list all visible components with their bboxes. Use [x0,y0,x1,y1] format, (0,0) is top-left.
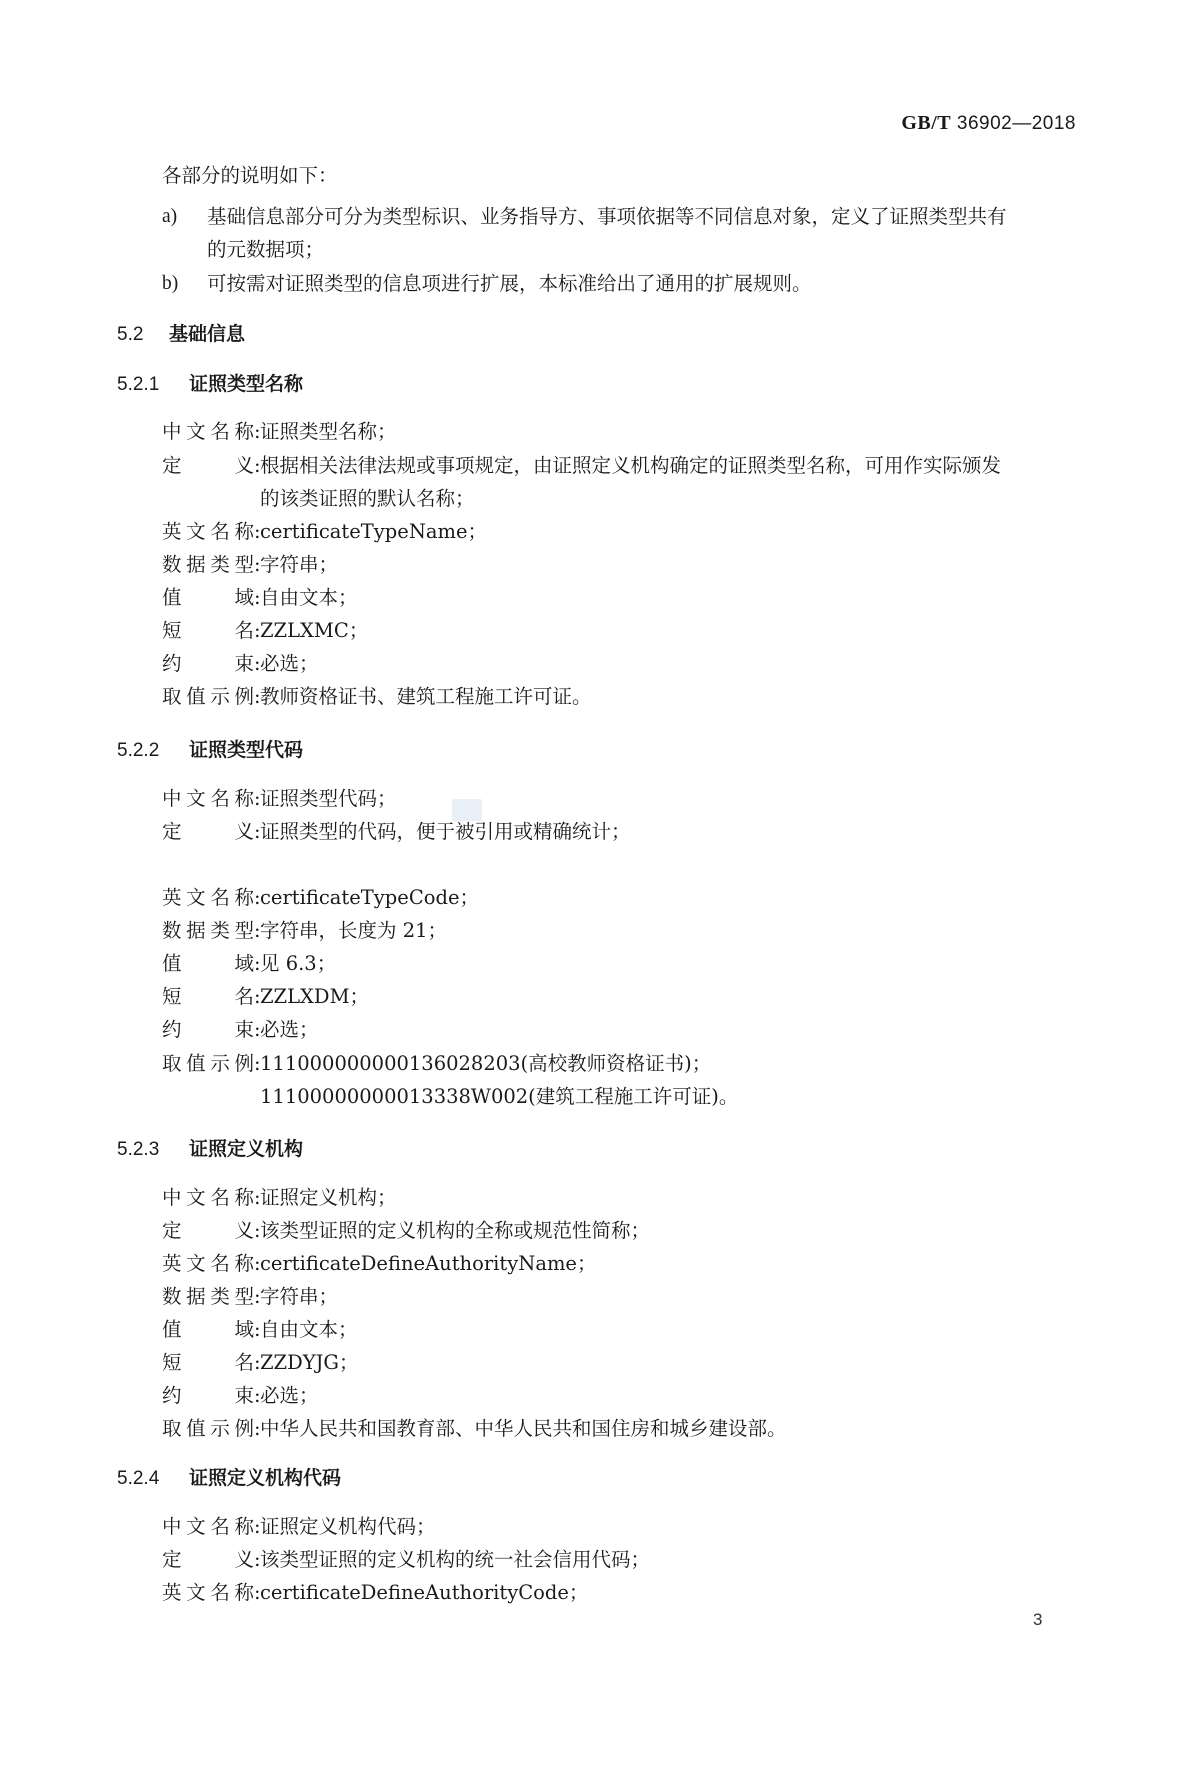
field-value: certificateDefineAuthorityCode； [260,1581,588,1604]
field-value: ZZDYJG； [260,1351,359,1374]
subsection-number: 5.2.2 [117,739,189,763]
field-value: certificateTypeCode； [260,886,479,909]
list-marker-a: a) [162,205,177,229]
field-value: 证照类型代码； [260,787,397,810]
subsection-title: 证照定义机构 [189,1138,303,1160]
section-number: 5.2 [117,323,169,347]
standard-prefix: GB/T [901,112,951,134]
field-chinese-name: 中文名称:证照定义机构； [162,1186,397,1210]
field-data-type: 数据类型:字符串； [162,1285,338,1309]
field-definition: 定义:证照类型的代码，便于被引用或精确统计； [162,820,631,844]
field-constraint: 约束:必选； [162,1384,319,1408]
field-value: 中华人民共和国教育部、中华人民共和国住房和城乡建设部。 [260,1417,787,1440]
field-value-domain: 值域:自由文本； [162,1318,358,1342]
field-example: 取值示例:中华人民共和国教育部、中华人民共和国住房和城乡建设部。 [162,1417,787,1441]
field-value: ZZLXMC； [260,619,368,642]
document-page: GB/T 36902—2018 各部分的说明如下： a) 基础信息部分可分为类型… [0,0,1181,1772]
field-value: 字符串； [260,553,338,576]
subsection-heading: 5.2.2证照类型代码 [117,738,303,763]
field-data-type: 数据类型:字符串，长度为 21； [162,919,447,943]
list-item-b-line1: 可按需对证照类型的信息项进行扩展，本标准给出了通用的扩展规则。 [207,272,812,296]
subsection-heading: 5.2.3证照定义机构 [117,1137,303,1162]
field-value: 必选； [260,1018,319,1041]
field-data-type: 数据类型:字符串； [162,553,338,577]
field-value: 见 6.3； [260,952,336,975]
subsection-number: 5.2.4 [117,1467,189,1491]
watermark-logo [452,799,482,821]
field-value: 111000000000136028203(高校教师资格证书)； [260,1052,711,1075]
field-value: 证照类型的代码，便于被引用或精确统计； [260,820,631,843]
field-value: 必选； [260,652,319,675]
subsection-number: 5.2.3 [117,1138,189,1162]
field-value-domain: 值域:自由文本； [162,586,358,610]
field-value: certificateTypeName； [260,520,487,543]
subsection-title: 证照类型名称 [189,373,303,395]
field-value: 该类型证照的定义机构的统一社会信用代码； [260,1548,650,1571]
field-constraint: 约束:必选； [162,1018,319,1042]
field-value: ZZLXDM； [260,985,369,1008]
field-value: 字符串，长度为 21； [260,919,447,942]
field-english-name: 英文名称:certificateDefineAuthorityCode； [162,1581,588,1605]
field-example: 取值示例:教师资格证书、建筑工程施工许可证。 [162,685,592,709]
field-constraint: 约束:必选； [162,652,319,676]
field-definition: 定义:该类型证照的定义机构的全称或规范性简称； [162,1219,650,1243]
subsection-title: 证照定义机构代码 [189,1467,341,1489]
field-value: 证照定义机构代码； [260,1515,436,1538]
field-value: 自由文本； [260,586,358,609]
field-value: 字符串； [260,1285,338,1308]
list-marker-b: b) [162,272,178,296]
field-value: 必选； [260,1384,319,1407]
field-value-domain: 值域:见 6.3； [162,952,336,976]
list-item-a-line1: 基础信息部分可分为类型标识、业务指导方、事项依据等不同信息对象，定义了证照类型共… [207,205,1007,229]
field-value: 证照类型名称； [260,420,397,443]
subsection-title: 证照类型代码 [189,739,303,761]
field-value: 教师资格证书、建筑工程施工许可证。 [260,685,592,708]
field-short-name: 短名:ZZDYJG； [162,1351,359,1375]
field-value: 该类型证照的定义机构的全称或规范性简称； [260,1219,650,1242]
field-short-name: 短名:ZZLXMC； [162,619,368,643]
field-english-name: 英文名称:certificateTypeCode； [162,886,479,910]
field-value: 证照定义机构； [260,1186,397,1209]
field-chinese-name: 中文名称:证照类型代码； [162,787,397,811]
field-definition-continuation: 的该类证照的默认名称； [260,487,475,511]
field-english-name: 英文名称:certificateTypeName； [162,520,487,544]
list-item-a-line2: 的元数据项； [207,238,324,262]
field-definition: 定义:根据相关法律法规或事项规定，由证照定义机构确定的证照类型名称，可用作实际颁… [162,454,1001,478]
subsection-heading: 5.2.4证照定义机构代码 [117,1466,341,1491]
field-value: 自由文本； [260,1318,358,1341]
standard-number: GB/T 36902—2018 [901,112,1076,135]
field-example-continuation: 11100000000013338W002(建筑工程施工许可证)。 [260,1085,738,1109]
field-example: 取值示例:111000000000136028203(高校教师资格证书)； [162,1052,711,1076]
intro-lead: 各部分的说明如下： [162,164,338,188]
field-english-name: 英文名称:certificateDefineAuthorityName； [162,1252,596,1276]
section-title: 基础信息 [169,323,245,345]
field-value: 根据相关法律法规或事项规定，由证照定义机构确定的证照类型名称，可用作实际颁发 [260,454,1001,477]
field-definition: 定义:该类型证照的定义机构的统一社会信用代码； [162,1548,650,1572]
section-heading: 5.2基础信息 [117,322,245,347]
subsection-number: 5.2.1 [117,373,189,397]
standard-code: 36902—2018 [957,113,1076,134]
field-chinese-name: 中文名称:证照类型名称； [162,420,397,444]
field-short-name: 短名:ZZLXDM； [162,985,369,1009]
subsection-heading: 5.2.1证照类型名称 [117,372,303,397]
page-number: 3 [1033,1610,1042,1630]
field-chinese-name: 中文名称:证照定义机构代码； [162,1515,436,1539]
field-value: certificateDefineAuthorityName； [260,1252,596,1275]
